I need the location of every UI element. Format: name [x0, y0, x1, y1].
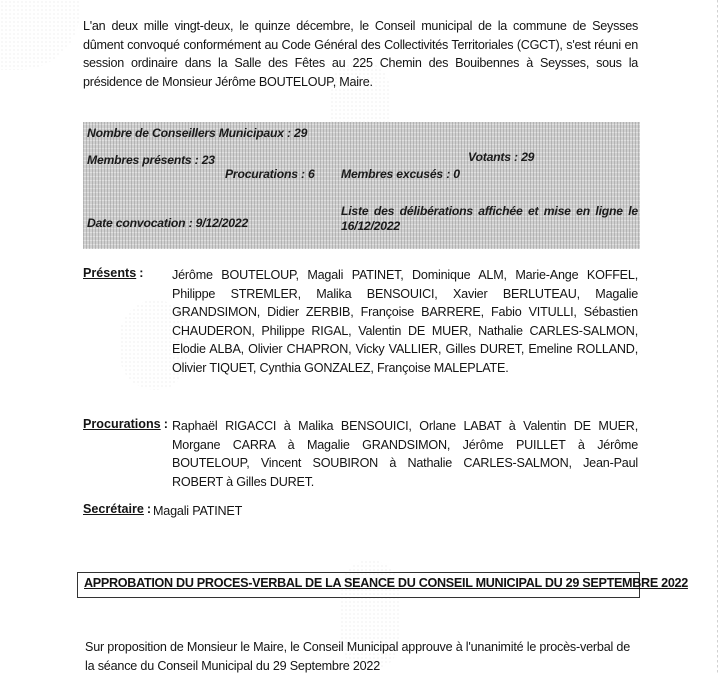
procurations-label-text: Procurations [83, 417, 161, 431]
secretaire-label: Secrétaire: [83, 502, 151, 516]
page-edge [717, 0, 718, 675]
section-title-box: APPROBATION DU PROCES-VERBAL DE LA SEANC… [77, 572, 640, 598]
scan-noise-top-left [0, 0, 80, 70]
secretaire-colon: : [147, 502, 151, 516]
presents-colon: : [139, 266, 143, 280]
procurations-count: Procurations : 6 [225, 167, 315, 181]
procurations-label: Procurations: [83, 417, 168, 431]
presents-list: Jérôme BOUTELOUP, Magali PATINET, Domini… [172, 266, 638, 377]
conseillers-count: Nombre de Conseillers Municipaux : 29 [87, 126, 307, 140]
excuses-count: Membres excusés : 0 [341, 167, 460, 181]
liste-deliberations: Liste des délibérations affichée et mise… [341, 204, 638, 234]
section-body: Sur proposition de Monsieur le Maire, le… [85, 638, 640, 675]
secretaire-name: Magali PATINET [153, 502, 242, 521]
section-title: APPROBATION DU PROCES-VERBAL DE LA SEANC… [84, 576, 688, 590]
summary-box: Nombre de Conseillers Municipaux : 29 Me… [83, 122, 640, 249]
presents-label-text: Présents [83, 266, 136, 280]
date-convocation: Date convocation : 9/12/2022 [87, 216, 248, 230]
presents-label: Présents: [83, 266, 143, 280]
secretaire-label-text: Secrétaire [83, 502, 144, 516]
intro-paragraph: L'an deux mille vingt-deux, le quinze dé… [83, 17, 638, 91]
procurations-list: Raphaël RIGACCI à Malika BENSOUICI, Orla… [172, 417, 638, 491]
procurations-colon: : [164, 417, 168, 431]
presents-count: Membres présents : 23 [87, 153, 215, 167]
votants-count: Votants : 29 [468, 150, 534, 164]
